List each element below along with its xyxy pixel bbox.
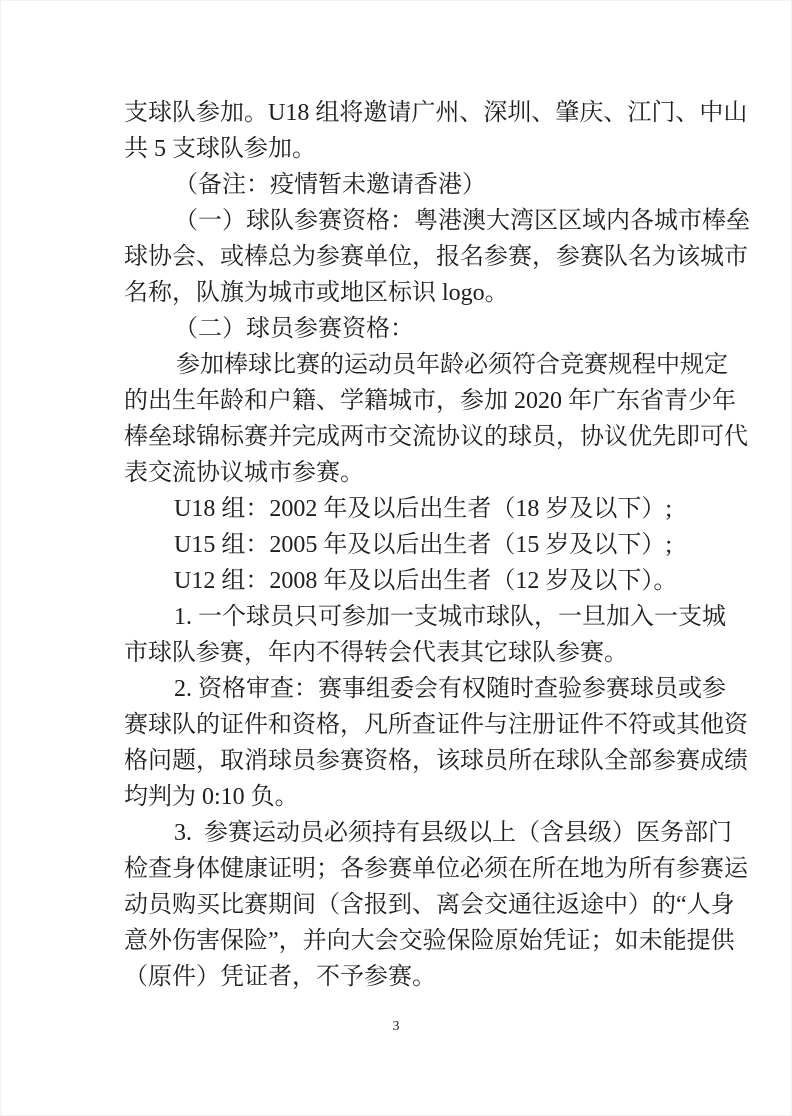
text-line: U15 组：2005 年及以后出生者（15 岁及以下）; [124, 527, 686, 563]
text-line: （二）球员参赛资格： [124, 311, 686, 347]
text-line: 2. 资格审查：赛事组委会有权随时查验参赛球员或参 [124, 671, 686, 707]
text-line: U18 组：2002 年及以后出生者（18 岁及以下）; [124, 491, 686, 527]
text-line: 棒垒球锦标赛并完成两市交流协议的球员，协议优先即可代 [124, 419, 686, 455]
text-line: 均判为 0:10 负。 [124, 779, 686, 815]
text-line: 参加棒球比赛的运动员年龄必须符合竞赛规程中规定 [124, 347, 686, 383]
text-line: （备注：疫情暂未邀请香港） [124, 167, 686, 203]
text-line: （一）球队参赛资格：粤港澳大湾区区域内各城市棒垒 [124, 203, 686, 239]
text-line: 3. 参赛运动员必须持有县级以上（含县级）医务部门 [124, 815, 686, 851]
document-body: 支球队参加。U18 组将邀请广州、深圳、肇庆、江门、中山共 5 支球队参加。（备… [124, 95, 686, 995]
text-line: （原件）凭证者，不予参赛。 [124, 959, 686, 995]
text-line: 名称，队旗为城市或地区标识 logo。 [124, 275, 686, 311]
text-line: 支球队参加。U18 组将邀请广州、深圳、肇庆、江门、中山 [124, 95, 686, 131]
text-line: 共 5 支球队参加。 [124, 131, 686, 167]
text-line: 赛球队的证件和资格，凡所查证件与注册证件不符或其他资 [124, 707, 686, 743]
text-line: 动员购买比赛期间（含报到、离会交通往返途中）的“人身 [124, 887, 686, 923]
text-line: 意外伤害保险”，并向大会交验保险原始凭证；如未能提供 [124, 923, 686, 959]
text-line: 表交流协议城市参赛。 [124, 455, 686, 491]
text-line: 1. 一个球员只可参加一支城市球队，一旦加入一支城 [124, 599, 686, 635]
text-line: 市球队参赛，年内不得转会代表其它球队参赛。 [124, 635, 686, 671]
text-line: U12 组：2008 年及以后出生者（12 岁及以下）。 [124, 563, 686, 599]
document-page: 支球队参加。U18 组将邀请广州、深圳、肇庆、江门、中山共 5 支球队参加。（备… [0, 0, 792, 1116]
text-line: 球协会、或棒总为参赛单位，报名参赛，参赛队名为该城市 [124, 239, 686, 275]
text-line: 的出生年龄和户籍、学籍城市，参加 2020 年广东省青少年 [124, 383, 686, 419]
page-number: 3 [1, 1019, 791, 1035]
text-line: 格问题，取消球员参赛资格，该球员所在球队全部参赛成绩 [124, 743, 686, 779]
text-line: 检查身体健康证明；各参赛单位必须在所在地为所有参赛运 [124, 851, 686, 887]
